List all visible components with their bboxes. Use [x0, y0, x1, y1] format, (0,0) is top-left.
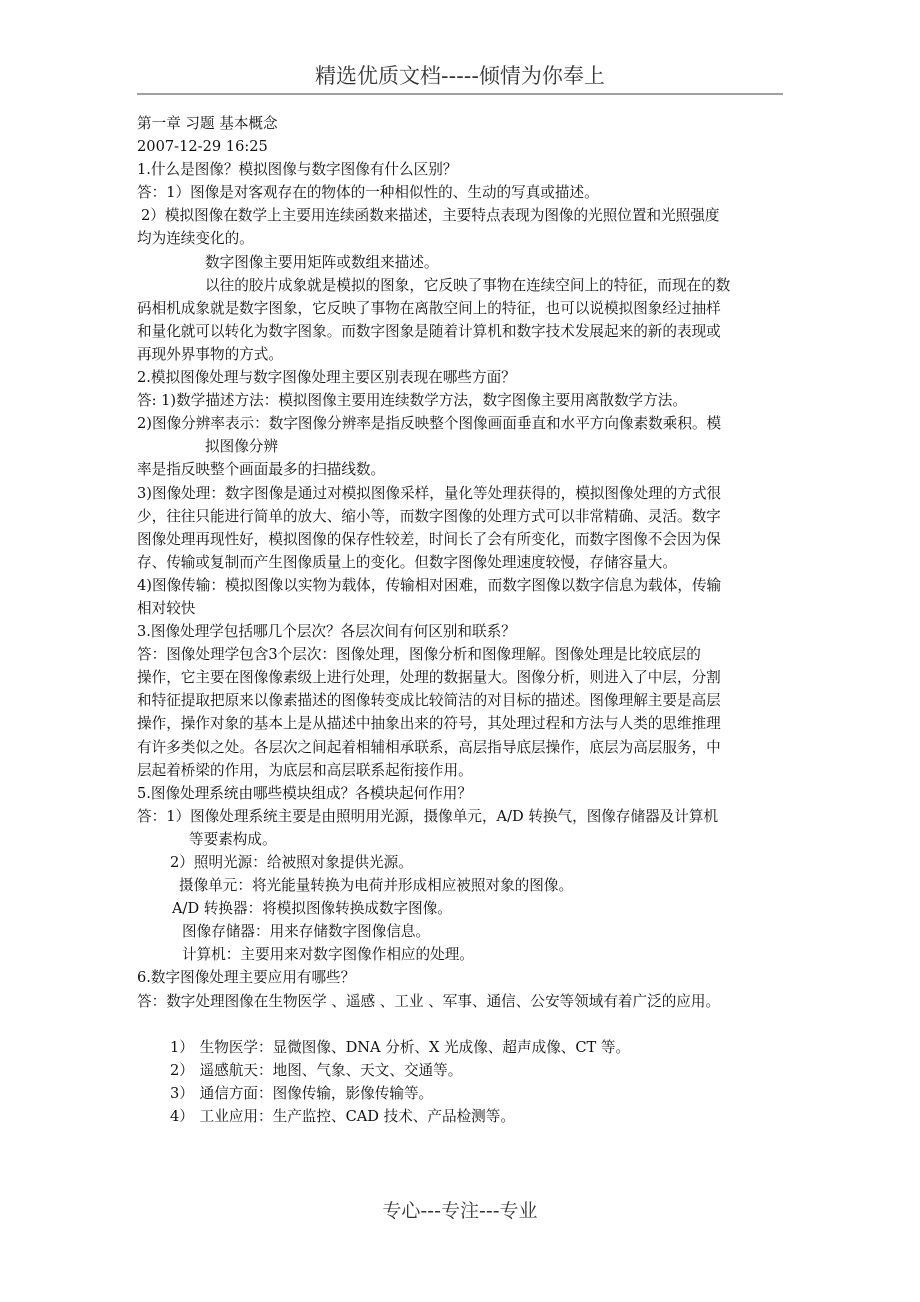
answer-1-explain-line-3: 和量化就可以转化为数字图象。而数字图象是随着计算机和数字技术发展起来的新的表现或 [137, 320, 793, 343]
list-item-text: 工业应用：生产监控、CAD 技术、产品检测等。 [200, 1108, 515, 1125]
answer-3-line-5: 有许多类似之处。各层次之间起着相辅相承联系，高层指导底层操作，底层为高层服务，中 [137, 736, 793, 759]
answer-6: 答：数字处理图像在生物医学 、遥感 、工业 、军事、通信、公安等领域有着广泛的应… [137, 990, 793, 1013]
list-item-number: 4） [170, 1105, 195, 1128]
answer-3-line-6: 层起着桥梁的作用，为底层和高层联系起衔接作用。 [137, 759, 793, 782]
answer-5-computer: 计算机：主要用来对数字图像作相应的处理。 [137, 943, 793, 966]
answer-2-point-3-line-4: 存、传输或复制而产生图像质量上的变化。但数字图像处理速度较慢，存储容量大。 [137, 551, 793, 574]
answer-5-point-1-line-1: 答：1）图像处理系统主要是由照明用光源，摄像单元，A/D 转换气，图像存储器及计… [137, 805, 793, 828]
list-item: 1） 生物医学：显微图像、DNA 分析、X 光成像、超声成像、CT 等。 [137, 1036, 793, 1059]
question-6: 6.数字图像处理主要应用有哪些？ [137, 966, 793, 989]
answer-2-point-3-line-1: 3)图像处理：数字图像是通过对模拟图像采样，量化等处理获得的，模拟图像处理的方式… [137, 482, 793, 505]
list-item-number: 2） [170, 1059, 195, 1082]
list-item-text: 通信方面：图像传输，影像传输等。 [200, 1085, 434, 1102]
answer-5-point-2: 2）照明光源：给被照对象提供光源。 [137, 851, 793, 874]
question-3: 3.图像处理学包括哪几个层次？各层次间有何区别和联系？ [137, 620, 793, 643]
question-5: 5.图像处理系统由哪些模块组成？各模块起何作用？ [137, 782, 793, 805]
answer-2-point-2-line-3: 率是指反映整个画面最多的扫描线数。 [137, 458, 793, 481]
list-item: 3） 通信方面：图像传输，影像传输等。 [137, 1082, 793, 1105]
list-item: 2） 遥感航天：地图、气象、天文、交通等。 [137, 1059, 793, 1082]
answer-3-line-2: 操作，它主要在图像像素级上进行处理，处理的数据量大。图像分析，则进入了中层，分割 [137, 666, 793, 689]
answer-3-line-1: 答：图像处理学包含3个层次：图像处理，图像分析和图像理解。图像处理是比较底层的 [137, 643, 793, 666]
answer-1-explain-line-1: 以往的胶片成象就是模拟的图象，它反映了事物在连续空间上的特征，而现在的数 [137, 274, 793, 297]
answer-1-explain-line-4: 再现外界事物的方式。 [137, 343, 793, 366]
list-item-text: 生物医学：显微图像、DNA 分析、X 光成像、超声成像、CT 等。 [200, 1039, 630, 1056]
answer-2-point-2-line-1: 2)图像分辨率表示：数字图像分辨率是指反映整个图像画面垂直和水平方向像素数乘积。… [137, 412, 793, 435]
answer-1-point-2-cont: 均为连续变化的。 [137, 227, 793, 250]
list-item: 4） 工业应用：生产监控、CAD 技术、产品检测等。 [137, 1105, 793, 1128]
answer-2-point-2-line-2: 拟图像分辨 [137, 435, 793, 458]
list-item-number: 3） [170, 1082, 195, 1105]
list-item-text: 遥感航天：地图、气象、天文、交通等。 [200, 1062, 463, 1079]
answer-3-line-4: 操作，操作对象的基本上是从描述中抽象出来的符号，其处理过程和方法与人类的思维推理 [137, 712, 793, 735]
question-2: 2.模拟图像处理与数字图像处理主要区别表现在哪些方面？ [137, 366, 793, 389]
answer-5-point-1-line-2: 等要素构成。 [137, 828, 793, 851]
answer-2-point-4-line-1: 4)图像传输：模拟图像以实物为载体，传输相对困难，而数字图像以数字信息为载体，传… [137, 574, 793, 597]
answer-3-line-3: 和特征提取把原来以像素描述的图像转变成比较简洁的对目标的描述。图像理解主要是高层 [137, 689, 793, 712]
answer-5-image-storage: 图像存储器：用来存储数字图像信息。 [137, 920, 793, 943]
application-list: 1） 生物医学：显微图像、DNA 分析、X 光成像、超声成像、CT 等。 2） … [137, 1036, 793, 1128]
header-divider [137, 93, 783, 95]
answer-1-point-2: 2）模拟图像在数学上主要用连续函数来描述，主要特点表现为图像的光照位置和光照强度 [137, 204, 793, 227]
answer-2-point-1: 答: 1)数学描述方法：模拟图像主要用连续数学方法，数字图像主要用离散数学方法。 [137, 389, 793, 412]
page-footer: 专心---专注---专业 [0, 1196, 920, 1223]
chapter-title: 第一章 习题 基本概念 [137, 112, 793, 135]
page-header: 精选优质文档-----倾情为你奉上 [137, 62, 783, 90]
answer-2-point-3-line-3: 图像处理再现性好，模拟图像的保存性较差，时间长了会有所变化，而数字图像不会因为保 [137, 528, 793, 551]
answer-1-point-1: 答：1）图像是对客观存在的物体的一种相似性的、生动的写真或描述。 [137, 181, 793, 204]
document-body: 第一章 习题 基本概念 2007-12-29 16:25 1.什么是图像？模拟图… [137, 112, 793, 1128]
answer-2-point-3-line-2: 少，往往只能进行简单的放大、缩小等，而数字图像的处理方式可以非常精确、灵活。数字 [137, 505, 793, 528]
answer-2-point-4-line-2: 相对较快 [137, 597, 793, 620]
answer-1-explain-line-2: 码相机成象就是数字图象，它反映了事物在离散空间上的特征，也可以说模拟图象经过抽样 [137, 297, 793, 320]
answer-5-ad-converter: A/D 转换器：将模拟图像转换成数字图像。 [137, 897, 793, 920]
question-1: 1.什么是图像？模拟图像与数字图像有什么区别？ [137, 158, 793, 181]
timestamp: 2007-12-29 16:25 [137, 135, 793, 158]
blank-line [137, 1013, 793, 1036]
list-item-number: 1） [170, 1036, 195, 1059]
answer-5-camera-unit: 摄像单元：将光能量转换为电荷并形成相应被照对象的图像。 [137, 874, 793, 897]
answer-1-digital: 数字图像主要用矩阵或数组来描述。 [137, 251, 793, 274]
